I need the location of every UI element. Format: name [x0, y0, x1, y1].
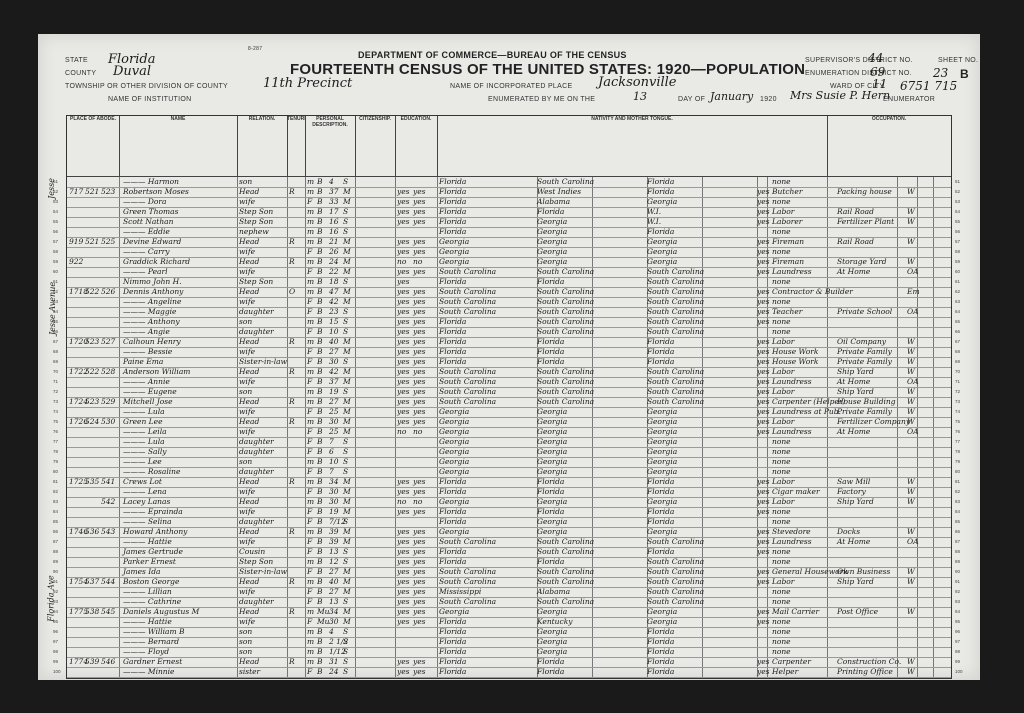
cell-ind: Own Business — [837, 567, 890, 576]
cell-mbirth: South Carolina — [647, 397, 704, 406]
cell-cls: W — [907, 497, 915, 506]
cell-occ: Fireman — [772, 237, 804, 246]
cell-birth: South Carolina — [439, 577, 496, 586]
col-relation: RELATION. — [237, 116, 288, 177]
cell-mbirth: Florida — [647, 647, 674, 656]
cell-eng: yes — [757, 477, 770, 486]
cell-age: 19 — [329, 387, 339, 396]
census-sheet: State Florida County Duval Township or o… — [38, 34, 980, 680]
cell-read: yes — [397, 187, 410, 196]
cell-age: 37 — [329, 187, 339, 196]
cell-ms: S — [343, 627, 348, 636]
cell-race: B — [317, 367, 323, 376]
cell-race: B — [317, 637, 323, 646]
margin-street-bottom: Florida Ave — [47, 575, 56, 621]
cell-cls: Em — [907, 287, 920, 296]
cell-ind: House Building — [837, 397, 896, 406]
cell-mbirth: South Carolina — [647, 277, 704, 286]
cell-ms: M — [343, 397, 351, 406]
cell-eng: yes — [757, 537, 770, 546]
line-number: 57 — [955, 239, 960, 244]
cell-rel: Head — [239, 477, 259, 486]
cell-mbirth: W.I. — [647, 207, 661, 216]
cell-birth: Florida — [439, 227, 466, 236]
cell-sex: m — [307, 497, 314, 506]
cell-cls: W — [907, 217, 915, 226]
line-number: 73 — [53, 399, 58, 404]
cell-rel: daughter — [239, 517, 274, 526]
cell-rel: Head — [239, 257, 259, 266]
cell-eng: yes — [757, 387, 770, 396]
line-number: 76 — [53, 429, 58, 434]
cell-own: R — [289, 607, 295, 616]
cell-occ: none — [772, 517, 791, 526]
cell-fam: 526 — [101, 287, 115, 296]
line-number: 67 — [955, 339, 960, 344]
cell-own: R — [289, 527, 295, 536]
cell-birth: Florida — [439, 197, 466, 206]
cell-birth: South Carolina — [439, 567, 496, 576]
cell-mbirth: Florida — [647, 357, 674, 366]
cell-name: ——— Angie — [123, 327, 170, 336]
line-number: 79 — [955, 459, 960, 464]
cell-cls: W — [907, 367, 915, 376]
cell-ms: S — [343, 647, 348, 656]
cell-sex: m — [307, 367, 314, 376]
cell-name: ——— Dora — [123, 197, 166, 206]
cell-birth: Florida — [439, 627, 466, 636]
cell-fbirth: Florida — [537, 337, 564, 346]
cell-birth: Georgia — [439, 407, 469, 416]
line-number: 69 — [53, 359, 58, 364]
cell-race: B — [317, 357, 323, 366]
cell-age: 39 — [329, 527, 339, 536]
cell-cls: W — [907, 347, 915, 356]
cell-race: Mu — [317, 617, 330, 626]
cell-ind: Construction Co. — [837, 657, 901, 666]
cell-occ: Labor — [772, 417, 794, 426]
margin-note: 6751 715 — [900, 79, 957, 93]
cell-ms: M — [343, 337, 351, 346]
cell-sex: F — [307, 537, 312, 546]
cell-name: Green Thomas — [123, 207, 178, 216]
cell-age: 17 — [329, 207, 339, 216]
cell-occ: Carpenter — [772, 657, 811, 666]
cell-ms: S — [343, 317, 348, 326]
supervisor-number: 44 — [868, 51, 883, 65]
cell-write: yes — [413, 607, 426, 616]
cell-race: B — [317, 527, 323, 536]
county-label: County — [65, 70, 96, 77]
state-label: State — [65, 57, 88, 64]
cell-fbirth: Georgia — [537, 467, 567, 476]
cell-write: yes — [413, 317, 426, 326]
cell-race: B — [317, 277, 323, 286]
col-education: EDUCATION. — [395, 116, 438, 177]
cell-ms: S — [343, 327, 348, 336]
cell-fbirth: Georgia — [537, 227, 567, 236]
cell-write: yes — [413, 367, 426, 376]
cell-rel: son — [239, 627, 252, 636]
cell-age: 34 — [329, 607, 339, 616]
cell-name: Gardner Ernest — [123, 657, 182, 666]
cell-mbirth: South Carolina — [647, 577, 704, 586]
line-number: 94 — [955, 609, 960, 614]
cell-mbirth: South Carolina — [647, 587, 704, 596]
cell-birth: Florida — [439, 617, 466, 626]
cell-ind: Private Family — [837, 407, 892, 416]
cell-fam: 546 — [101, 657, 115, 666]
form-code: 8-287 — [248, 46, 262, 52]
cell-eng: yes — [757, 197, 770, 206]
cell-mbirth: Georgia — [647, 527, 677, 536]
cell-fam: 527 — [101, 337, 115, 346]
cell-age: 27 — [329, 587, 339, 596]
cell-rel: wife — [239, 297, 255, 306]
cell-sex: m — [307, 637, 314, 646]
cell-eng: yes — [757, 267, 770, 276]
cell-ms: M — [343, 607, 351, 616]
line-number: 90 — [53, 569, 58, 574]
cell-occ: none — [772, 617, 791, 626]
cell-fbirth: Georgia — [537, 417, 567, 426]
cell-race: B — [317, 577, 323, 586]
cell-birth: Florida — [439, 637, 466, 646]
cell-sex: m — [307, 557, 314, 566]
cell-name: Nimmo John H. — [123, 277, 182, 286]
cell-name: Scott Nathan — [123, 217, 173, 226]
cell-fbirth: South Carolina — [537, 577, 594, 586]
cell-occ: Mail Carrier — [772, 607, 819, 616]
cell-age: 4 — [329, 627, 334, 636]
cell-occ: House Work — [772, 347, 818, 356]
cell-read: yes — [397, 607, 410, 616]
cell-read: yes — [397, 577, 410, 586]
cell-sex: m — [307, 187, 314, 196]
cell-age: 26 — [329, 247, 339, 256]
cell-birth: South Carolina — [439, 367, 496, 376]
cell-age: 27 — [329, 347, 339, 356]
cell-race: B — [317, 497, 323, 506]
cell-fbirth: South Carolina — [537, 307, 594, 316]
cell-birth: Florida — [439, 177, 466, 186]
cell-name: ——— Bessie — [123, 347, 172, 356]
cell-ms: M — [343, 487, 351, 496]
cell-cls: W — [907, 567, 915, 576]
cell-read: yes — [397, 657, 410, 666]
county-value: Duval — [113, 64, 151, 79]
cell-dwell: 521 — [85, 187, 99, 196]
cell-fbirth: South Carolina — [537, 387, 594, 396]
cell-cls: W — [907, 257, 915, 266]
cell-sex: F — [307, 427, 312, 436]
cell-birth: Florida — [439, 477, 466, 486]
cell-fbirth: South Carolina — [537, 297, 594, 306]
cell-ms: S — [343, 447, 348, 456]
cell-fbirth: Florida — [537, 667, 564, 676]
cell-birth: Georgia — [439, 437, 469, 446]
cell-fbirth: Georgia — [537, 217, 567, 226]
cell-sex: m — [307, 577, 314, 586]
cell-fbirth: Florida — [537, 207, 564, 216]
cell-eng: yes — [757, 547, 770, 556]
cell-rel: wife — [239, 377, 255, 386]
cell-ind: Ship Yard — [837, 497, 874, 506]
cell-name: Howard Anthony — [123, 527, 187, 536]
cell-rel: Head — [239, 337, 259, 346]
cell-race: B — [317, 217, 323, 226]
cell-eng: yes — [757, 377, 770, 386]
cell-fbirth: South Carolina — [537, 287, 594, 296]
cell-mbirth: Georgia — [647, 467, 677, 476]
cell-mbirth: Georgia — [647, 617, 677, 626]
cell-sex: F — [307, 487, 312, 496]
cell-age: 31 — [329, 657, 339, 666]
cell-birth: Georgia — [439, 497, 469, 506]
cell-ms: M — [343, 407, 351, 416]
cell-sex: F — [307, 467, 312, 476]
cell-age: 27 — [329, 567, 339, 576]
cell-own: R — [289, 337, 295, 346]
line-number: 88 — [955, 549, 960, 554]
line-number: 71 — [955, 379, 960, 384]
cell-name: ——— Selina — [123, 517, 172, 526]
cell-cls: W — [907, 577, 915, 586]
cell-mbirth: South Carolina — [647, 327, 704, 336]
cell-ms: M — [343, 347, 351, 356]
cell-age: 30 — [329, 487, 339, 496]
line-number: 99 — [955, 659, 960, 664]
cell-rel: Step Son — [239, 207, 273, 216]
col-citizenship: CITIZENSHIP. — [355, 116, 396, 177]
cell-race: B — [317, 307, 323, 316]
cell-age: 12 — [329, 557, 339, 566]
line-number: 78 — [955, 449, 960, 454]
cell-rel: Head — [239, 187, 259, 196]
line-number: 54 — [53, 209, 58, 214]
cell-sex: m — [307, 387, 314, 396]
cell-ind: Packing house — [837, 187, 892, 196]
cell-read: yes — [397, 397, 410, 406]
cell-eng: yes — [757, 187, 770, 196]
cell-house: 717 — [69, 187, 83, 196]
cell-rel: Step Son — [239, 557, 273, 566]
cell-write: yes — [413, 207, 426, 216]
line-number: 70 — [955, 369, 960, 374]
cell-write: yes — [413, 577, 426, 586]
cell-ms: M — [343, 267, 351, 276]
cell-occ: Laundress — [772, 427, 812, 436]
cell-cls: OA — [907, 377, 919, 386]
cell-race: B — [317, 587, 323, 596]
cell-read: yes — [397, 337, 410, 346]
line-number: 56 — [53, 229, 58, 234]
cell-write: yes — [413, 197, 426, 206]
cell-race: B — [317, 647, 323, 656]
cell-ms: S — [343, 517, 348, 526]
cell-read: yes — [397, 327, 410, 336]
cell-fam: 541 — [101, 477, 115, 486]
line-number: 85 — [955, 519, 960, 524]
cell-mbirth: Georgia — [647, 447, 677, 456]
cell-race: B — [317, 547, 323, 556]
cell-ind: Ship Yard — [837, 577, 874, 586]
cell-own: R — [289, 257, 295, 266]
cell-write: yes — [413, 237, 426, 246]
cell-ms: M — [343, 287, 351, 296]
place-value: Jacksonville — [598, 75, 677, 90]
sheet-side: B — [960, 67, 969, 81]
cell-fbirth: South Carolina — [537, 177, 594, 186]
ed-label: Enumeration District No. — [805, 70, 912, 77]
cell-rel: wife — [239, 197, 255, 206]
cell-occ: none — [772, 227, 791, 236]
cell-cls: W — [907, 237, 915, 246]
cell-fbirth: Georgia — [537, 447, 567, 456]
cell-occ: Labor — [772, 337, 794, 346]
cell-write: yes — [413, 487, 426, 496]
cell-sex: m — [307, 457, 314, 466]
line-number: 95 — [955, 619, 960, 624]
cell-write: yes — [413, 597, 426, 606]
cell-own: R — [289, 577, 295, 586]
cell-sex: m — [307, 657, 314, 666]
cell-race: B — [317, 377, 323, 386]
line-number: 93 — [955, 599, 960, 604]
cell-race: B — [317, 287, 323, 296]
cell-occ: none — [772, 467, 791, 476]
cell-ms: M — [343, 477, 351, 486]
cell-rel: son — [239, 177, 252, 186]
line-number: 61 — [955, 279, 960, 284]
cell-name: Lacey Lanas — [123, 497, 170, 506]
cell-fbirth: Florida — [537, 487, 564, 496]
cell-read: yes — [397, 477, 410, 486]
col-personal: PERSONAL DESCRIPTION. — [305, 116, 356, 177]
cell-mbirth: Georgia — [647, 417, 677, 426]
cell-age: 30 — [329, 357, 339, 366]
cell-ms: S — [343, 217, 348, 226]
cell-read: yes — [397, 317, 410, 326]
cell-rel: Sister-in-law — [239, 567, 287, 576]
cell-occ: Labor — [772, 477, 794, 486]
cell-eng: yes — [757, 527, 770, 536]
enumeration-month: January — [710, 90, 753, 103]
cell-age: 13 — [329, 597, 339, 606]
cell-sex: F — [307, 307, 312, 316]
cell-sex: m — [307, 607, 314, 616]
cell-sex: m — [307, 177, 314, 186]
cell-dwell: 538 — [85, 607, 99, 616]
cell-occ: Labor — [772, 577, 794, 586]
cell-rel: wife — [239, 427, 255, 436]
line-number: 75 — [53, 419, 58, 424]
cell-eng: yes — [757, 307, 770, 316]
cell-race: B — [317, 417, 323, 426]
cell-rel: Head — [239, 287, 259, 296]
cell-race: B — [317, 337, 323, 346]
cell-ms: M — [343, 587, 351, 596]
cell-ms: M — [343, 297, 351, 306]
cell-fbirth: Florida — [537, 347, 564, 356]
line-number: 68 — [955, 349, 960, 354]
cell-own: R — [289, 187, 295, 196]
cell-occ: Labor — [772, 497, 794, 506]
cell-sex: F — [307, 377, 312, 386]
cell-read: yes — [397, 217, 410, 226]
cell-write: no — [413, 497, 422, 506]
cell-eng: yes — [757, 317, 770, 326]
cell-ms: S — [343, 177, 348, 186]
cell-rel: son — [239, 387, 252, 396]
cell-ind: Private Family — [837, 347, 892, 356]
cell-name: Graddick Richard — [123, 257, 190, 266]
cell-birth: South Carolina — [439, 307, 496, 316]
cell-sex: m — [307, 277, 314, 286]
cell-name: ——— Hattie — [123, 537, 172, 546]
cell-name: ——— Harmon — [123, 177, 179, 186]
cell-eng: yes — [757, 217, 770, 226]
cell-cls: W — [907, 667, 915, 676]
cell-sex: F — [307, 407, 312, 416]
line-number: 59 — [955, 259, 960, 264]
cell-rel: wife — [239, 407, 255, 416]
line-number: 86 — [955, 529, 960, 534]
cell-read: no — [397, 257, 406, 266]
cell-ms: S — [343, 637, 348, 646]
cell-occ: none — [772, 277, 791, 286]
line-number: 82 — [53, 489, 58, 494]
cell-mbirth: Florida — [647, 177, 674, 186]
cell-race: B — [317, 457, 323, 466]
line-number: 58 — [955, 249, 960, 254]
line-number: 56 — [955, 229, 960, 234]
line-number: 65 — [955, 319, 960, 324]
cell-write: yes — [413, 417, 426, 426]
cell-cls: OA — [907, 537, 919, 546]
line-number: 64 — [955, 309, 960, 314]
cell-occ: Laundress at Pub. — [772, 407, 841, 416]
col-tenure: TENURE. — [287, 116, 306, 177]
cell-occ: Laundress — [772, 267, 812, 276]
cell-rel: wife — [239, 507, 255, 516]
cell-cls: W — [907, 657, 915, 666]
cell-sex: m — [307, 647, 314, 656]
enumeration-year: 1920 — [760, 96, 777, 103]
cell-name: ——— Eddie — [123, 227, 170, 236]
line-number: 90 — [955, 569, 960, 574]
line-number: 72 — [53, 389, 58, 394]
cell-eng: yes — [757, 487, 770, 496]
cell-read: yes — [397, 537, 410, 546]
line-number: 51 — [955, 179, 960, 184]
cell-mbirth: South Carolina — [647, 387, 704, 396]
cell-read: yes — [397, 267, 410, 276]
cell-read: yes — [397, 287, 410, 296]
cell-dwell: 536 — [85, 527, 99, 536]
cell-fbirth: Florida — [537, 477, 564, 486]
cell-fbirth: Georgia — [537, 437, 567, 446]
line-number: 79 — [53, 459, 58, 464]
cell-birth: South Carolina — [439, 397, 496, 406]
cell-mbirth: Florida — [647, 627, 674, 636]
cell-occ: none — [772, 447, 791, 456]
cell-sex: m — [307, 627, 314, 636]
cell-eng: yes — [757, 357, 770, 366]
cell-mbirth: Florida — [647, 187, 674, 196]
cell-birth: Florida — [439, 557, 466, 566]
cell-read: yes — [397, 567, 410, 576]
